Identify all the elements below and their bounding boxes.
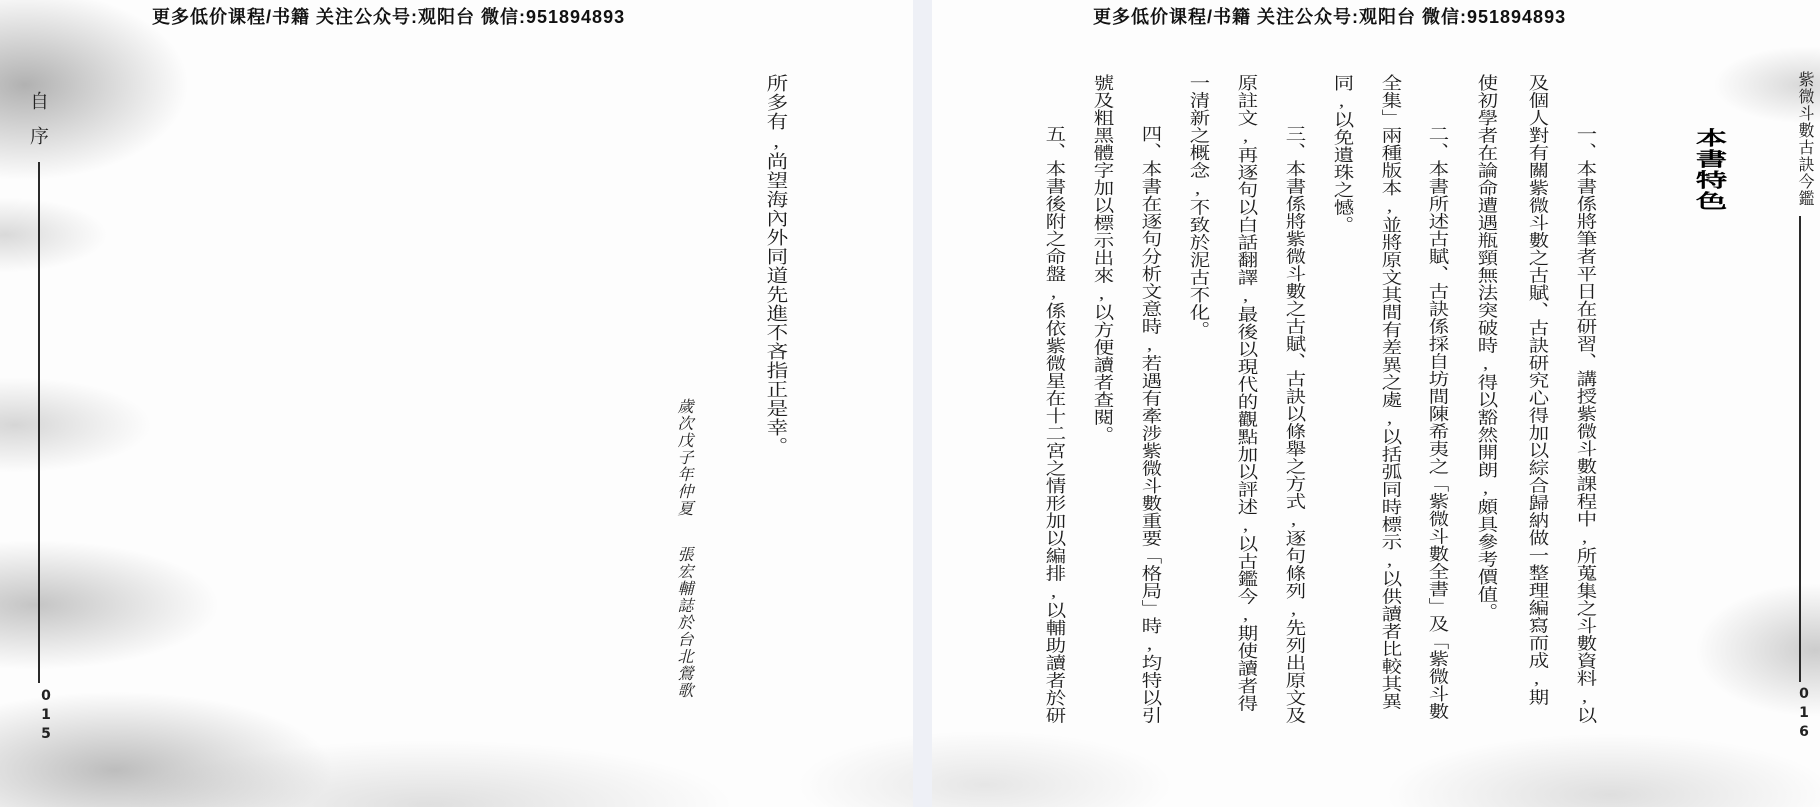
title-rule-line [1799, 216, 1801, 682]
text-column-1: 一、本書係將筆者平日在研習、講授紫微斗數課程中,所蒐集之斗數資料,以 [1572, 125, 1597, 724]
promo-header-right: 更多低价课程/书籍 关注公众号:观阳台 微信:951894893 [1093, 3, 1566, 29]
text-column-2: 及個人對有關紫微斗數之古賦、古訣研究心得加以綜合歸納做一整理編寫而成,期 [1524, 74, 1549, 706]
text-column-6: 同,以免遺珠之憾。 [1329, 74, 1354, 234]
text-column-12: 五、本書後附之命盤,係依紫微星在十二宮之情形加以編排,以輔助讀者於研 [1041, 125, 1066, 724]
text-column-7: 三、本書係將紫微斗數之古賦、古訣以條舉之方式,逐句條列,先列出原文及 [1281, 125, 1306, 724]
page-number-right: 016 [1796, 686, 1812, 743]
text-column-11: 號及粗黑體字加以標示出來,以方便讀者查閱。 [1089, 74, 1114, 444]
signature-date: 歲次戊子年仲夏 [672, 398, 695, 517]
text-column-5: 全集」兩種版本,並將原文其間有差異之處,以括弧同時標示,以供讀者比較其異 [1377, 74, 1402, 710]
book-title-column: 紫微斗數古訣今鑑 [1793, 71, 1816, 207]
text-column-4: 二、本書所述古賦、古訣係採自坊間陳希夷之「紫微斗數全書」及「紫微斗數 [1424, 125, 1449, 720]
text-column-9: 一清新之概念,不致於泥古不化。 [1185, 74, 1210, 339]
chapter-rule-line [38, 162, 40, 683]
preface-ending-column: 所多有,尚望海內外同道先進不吝指正是幸。 [763, 74, 788, 456]
promo-header-left: 更多低价课程/书籍 关注公众号:观阳台 微信:951894893 [152, 3, 625, 29]
text-column-8: 原註文,再逐句以白話翻譯,最後以現代的觀點加以評述,以古鑑今,期使讀者得 [1233, 74, 1258, 712]
page-number-left: 015 [38, 688, 54, 745]
section-title: 本書特色 [1686, 128, 1731, 212]
text-column-10: 四、本書在逐句分析文意時,若遇有牽涉紫微斗數重要「格局」時,均特以引 [1137, 125, 1162, 724]
text-column-3: 使初學者在論命遭遇瓶頸無法突破時,得以豁然開朗,頗具參考價值。 [1473, 74, 1498, 621]
book-spread-scan: 更多低价课程/书籍 关注公众号:观阳台 微信:951894893 更多低价课程/… [0, 0, 1820, 807]
chapter-label: 自序 [24, 91, 51, 161]
signature-author: 張宏輔誌於台北鶯歌 [672, 546, 695, 699]
page-gutter [913, 0, 932, 807]
